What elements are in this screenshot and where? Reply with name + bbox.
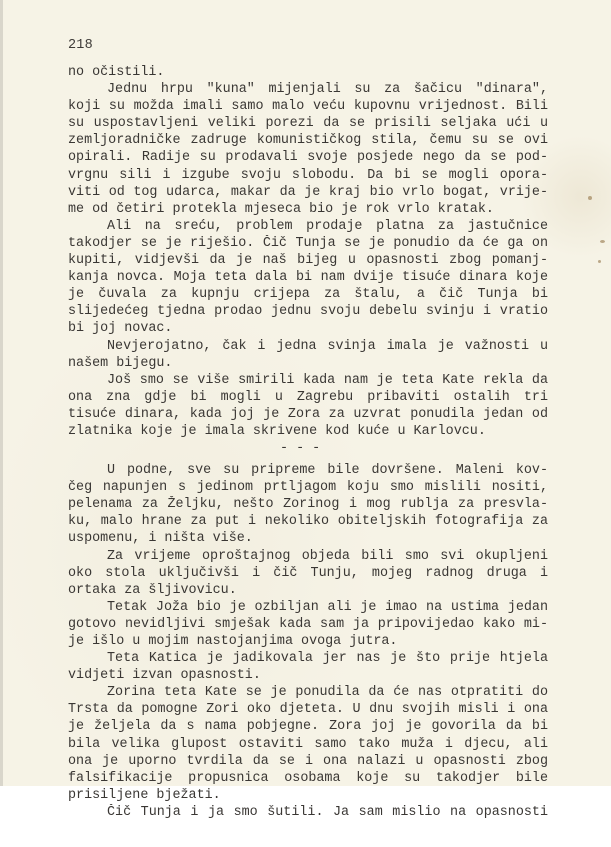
text-line: tisuće dinara, kada joj je Zora za uzvra… xyxy=(68,406,548,423)
scanned-page: 218 no očistili.Jednu hrpu "kuna" mijenj… xyxy=(0,0,611,786)
text-line: Trsta da pomogne Zori oko djeteta. U dnu… xyxy=(68,701,548,718)
text-line: koji su možda imali samo malo veću kupov… xyxy=(68,98,548,115)
text-line: je išlo u mojim nastojanjima ovoga jutra… xyxy=(68,633,548,650)
text-line: gotovo nevidljivi smješak kada sam ja pr… xyxy=(68,616,548,633)
paper-blemish xyxy=(600,240,605,243)
text-line: takodjer se je riješio. Čič Tunja se je … xyxy=(68,235,548,252)
text-line: pelenama za Željku, nešto Zorinog i mog … xyxy=(68,496,548,513)
text-line: ona zna gdje bi mogli u Zagrebu pribavit… xyxy=(68,389,548,406)
text-line: našem bijegu. xyxy=(68,355,548,372)
page-number: 218 xyxy=(68,38,93,53)
text-line: kupiti, vidjevši da je naš bijeg u opasn… xyxy=(68,252,548,269)
text-line: zlatnika koje je imala skrivene kod kuće… xyxy=(68,423,548,440)
text-line: Još smo se više smirili kada nam je teta… xyxy=(68,372,548,389)
paper-blemish xyxy=(598,260,601,263)
text-line: ortaka za šljivovicu. xyxy=(68,582,548,599)
text-line: opirali. Radije su prodavali svoje posje… xyxy=(68,149,548,166)
text-line: kanja novca. Moja teta dala bi nam dvije… xyxy=(68,269,548,286)
text-line: uspomenu, i ništa više. xyxy=(68,530,548,547)
text-line: bi joj novac. xyxy=(68,320,548,337)
text-line: Tetak Joža bio je ozbiljan ali je imao n… xyxy=(68,599,548,616)
text-line: bila velika glupost ostaviti samo tako m… xyxy=(68,736,548,753)
text-line: je željela da s nama pobjegne. Zora joj … xyxy=(68,718,548,735)
text-line: prisiljene bježati. xyxy=(68,787,548,804)
text-line: no očistili. xyxy=(68,64,548,81)
text-line: oko stola uključivši i čič Tunju, mojeg … xyxy=(68,565,548,582)
paper-blemish xyxy=(588,196,592,200)
text-line: Čič Tunja i ja smo šutili. Ja sam mislio… xyxy=(68,804,548,821)
text-line: viti od tog udarca, makar da je kraj bio… xyxy=(68,184,548,201)
body-text: no očistili.Jednu hrpu "kuna" mijenjali … xyxy=(68,64,548,821)
text-line: vidjeti izvan opasnosti. xyxy=(68,667,548,684)
text-line: su uspostavljeni veliki porezi da se pri… xyxy=(68,115,548,132)
text-line: Jednu hrpu "kuna" mijenjali su za šačicu… xyxy=(68,81,548,98)
text-line: Nevjerojatno, čak i jedna svinja imala j… xyxy=(68,338,548,355)
text-line: je čuvala za kupnju crijepa za štalu, a … xyxy=(68,286,548,303)
text-line: Za vrijeme oproštajnog objeda bili smo s… xyxy=(68,548,548,565)
page-edge-shadow xyxy=(0,0,3,786)
text-line: Ali na sreću, problem prodaje platna za … xyxy=(68,218,548,235)
text-line: me od četiri protekla mjeseca bio je rok… xyxy=(68,201,548,218)
section-separator: - - - xyxy=(68,440,548,454)
text-line: ona je uporno tvrdila da se i ona nalazi… xyxy=(68,753,548,770)
text-line: ku, malo hrane za put i nekoliko obitelj… xyxy=(68,513,548,530)
text-line: čeg napunjen s jedinom prtljagom koju sm… xyxy=(68,479,548,496)
text-line: Teta Katica je jadikovala jer nas je što… xyxy=(68,650,548,667)
text-line: slijedećeg tjedna prodao jednu svoju deb… xyxy=(68,303,548,320)
text-line: vrgnu sili i izgube svoju slobodu. Da bi… xyxy=(68,167,548,184)
text-line: falsifikacije propusnica osobama koje su… xyxy=(68,770,548,787)
text-line: Zorina teta Kate se je ponudila da će na… xyxy=(68,684,548,701)
text-line: U podne, sve su pripreme bile dovršene. … xyxy=(68,462,548,479)
text-line: zemljoradničke zadruge komunističkog sti… xyxy=(68,132,548,149)
